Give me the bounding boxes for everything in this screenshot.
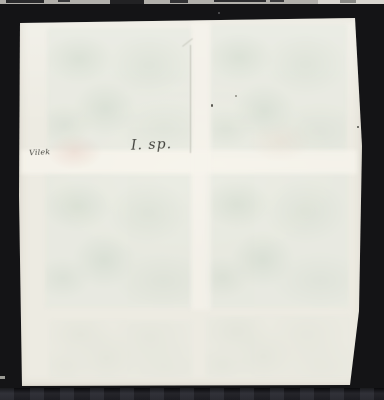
stamp-impression-bottom-right [205, 170, 349, 308]
vertical-crease [190, 45, 191, 153]
horizontal-gutter [21, 150, 357, 174]
stamp-impression-bottom-left [45, 172, 193, 308]
scan-edge-fragment [110, 0, 144, 4]
photo-bottom-edge [0, 388, 384, 400]
stamp-impression-margin-right [205, 316, 351, 378]
stamp-impression-top-right [209, 24, 347, 158]
scan-edge-fragment [170, 0, 188, 3]
stamp-impression-margin-left [49, 320, 193, 378]
paper-speck [235, 95, 237, 97]
scan-edge-fragment [214, 0, 266, 2]
scan-edge-fragment [270, 0, 284, 2]
paper-speck [357, 126, 359, 128]
pencil-note-handwriting: I. sp. [131, 136, 173, 153]
paper-speck [211, 104, 213, 107]
background-speck [218, 12, 220, 14]
stamp-block-paper: Vilek I. sp. [19, 16, 362, 386]
stamp-impression-top-left [47, 28, 193, 152]
scan-edge-fragment [6, 0, 44, 3]
vertical-gutter [191, 22, 211, 310]
expert-signature-handwriting: Vilek [29, 148, 51, 158]
adjacent-scan-edge [0, 0, 384, 4]
scan-edge-fragment [58, 0, 70, 2]
photo-stage: Vilek I. sp. [0, 0, 384, 400]
left-edge-mark [0, 376, 5, 379]
scan-edge-smudge [340, 0, 356, 3]
